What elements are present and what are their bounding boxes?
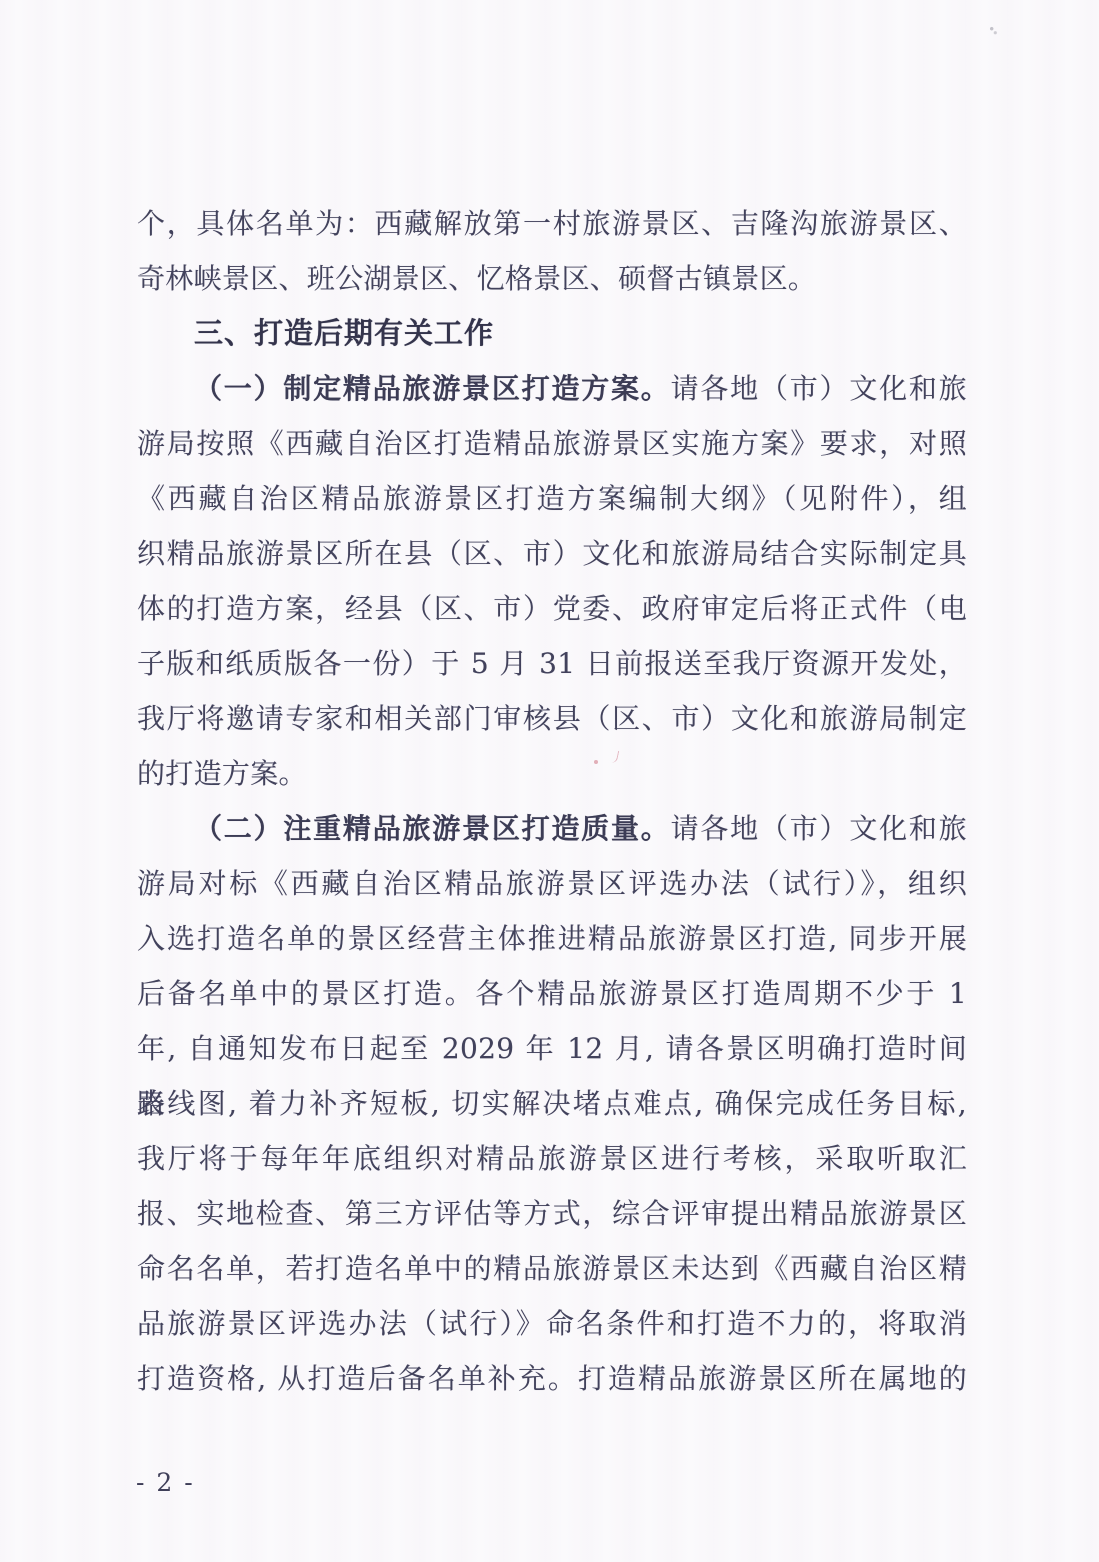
body-line: 后备名单中的景区打造。各个精品旅游景区打造周期不少于 1 (137, 966, 967, 1021)
body-line: 我厅将于每年年底组织对精品旅游景区进行考核，采取听取汇 (137, 1131, 967, 1186)
paragraph-lead: （一）制定精品旅游景区打造方案。 (194, 372, 671, 405)
body-line: 报、实地检查、第三方评估等方式，综合评审提出精品旅游景区 (137, 1186, 967, 1241)
body-line: 路线图, 着力补齐短板, 切实解决堵点难点, 确保完成任务目标, (137, 1076, 967, 1131)
body-line: 体的打造方案，经县（区、市）党委、政府审定后将正式件（电 (137, 581, 967, 636)
body-line: 我厅将邀请专家和相关部门审核县（区、市）文化和旅游局制定 (137, 691, 967, 746)
document-body: 个，具体名单为：西藏解放第一村旅游景区、吉隆沟旅游景区、 奇林峡景区、班公湖景区… (137, 196, 967, 1406)
body-line: 品旅游景区评选办法（试行）》命名条件和打造不力的，将取消 (137, 1296, 967, 1351)
body-line: 个，具体名单为：西藏解放第一村旅游景区、吉隆沟旅游景区、 (137, 196, 967, 251)
body-line: 打造资格, 从打造后备名单补充。打造精品旅游景区所在属地的 (137, 1351, 967, 1406)
page-number: - 2 - (136, 1468, 195, 1498)
body-line: 奇林峡景区、班公湖景区、忆格景区、硕督古镇景区。 (137, 251, 967, 306)
scanned-document-page: 个，具体名单为：西藏解放第一村旅游景区、吉隆沟旅游景区、 奇林峡景区、班公湖景区… (0, 0, 1099, 1562)
body-line: 子版和纸质版各一份）于 5 月 31 日前报送至我厅资源开发处， (137, 636, 967, 691)
body-line: （一）制定精品旅游景区打造方案。请各地（市）文化和旅 (137, 361, 967, 416)
paragraph-lead: （二）注重精品旅游景区打造质量。 (194, 812, 671, 845)
body-line: 织精品旅游景区所在县（区、市）文化和旅游局结合实际制定具 (137, 526, 967, 581)
body-line: （二）注重精品旅游景区打造质量。请各地（市）文化和旅 (137, 801, 967, 856)
body-line: 《西藏自治区精品旅游景区打造方案编制大纲》（见附件），组 (137, 471, 967, 526)
paragraph-text: 请各地（市）文化和旅 (671, 372, 967, 405)
scan-speck-artifact (989, 26, 998, 35)
section-heading: 三、打造后期有关工作 (137, 306, 967, 361)
body-line: 的打造方案。 (137, 746, 967, 801)
body-line: 入选打造名单的景区经营主体推进精品旅游景区打造, 同步开展 (137, 911, 967, 966)
body-line: 游局按照《西藏自治区打造精品旅游景区实施方案》要求，对照 (137, 416, 967, 471)
body-line: 命名名单，若打造名单中的精品旅游景区未达到《西藏自治区精 (137, 1241, 967, 1296)
body-line: 年, 自通知发布日起至 2029 年 12 月, 请各景区明确打造时间表、 (137, 1021, 967, 1076)
body-line: 游局对标《西藏自治区精品旅游景区评选办法（试行）》，组织 (137, 856, 967, 911)
paragraph-text: 请各地（市）文化和旅 (671, 812, 967, 845)
